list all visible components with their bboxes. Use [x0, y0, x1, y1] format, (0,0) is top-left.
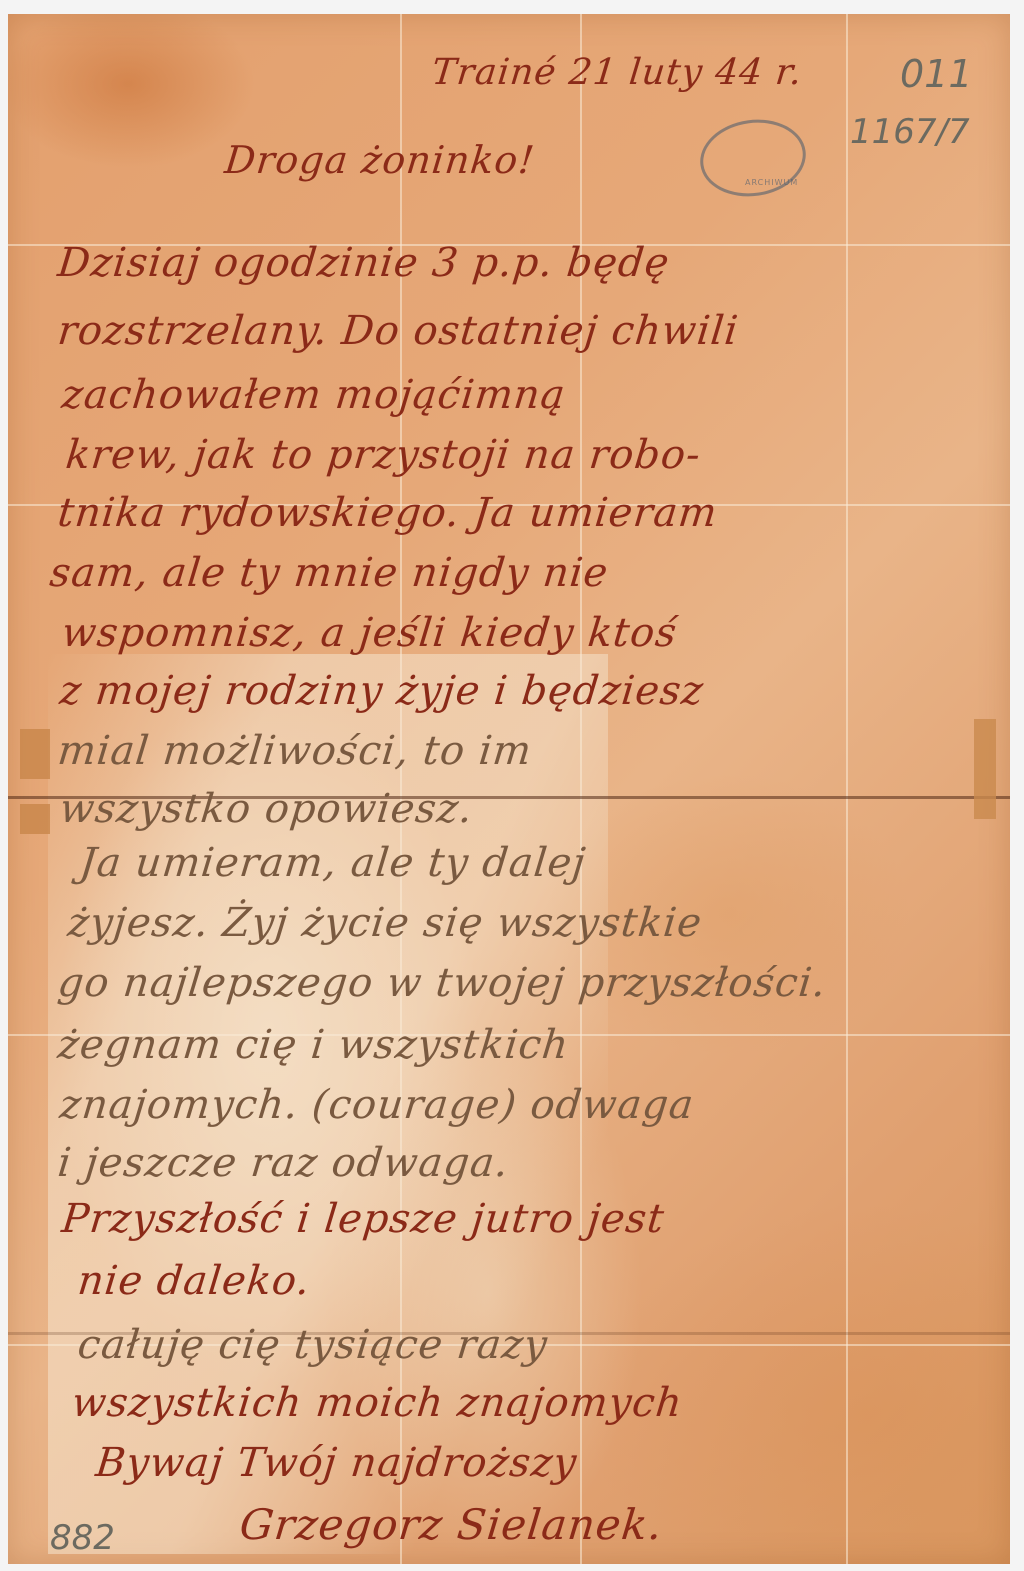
place-date: Trainé 21 luty 44 r. [430, 52, 805, 93]
body-line: tnika rydowskiego. Ja umieram [56, 490, 720, 536]
tape-strip [20, 804, 50, 834]
body-line: nie daleko. [76, 1258, 313, 1304]
body-line: rozstrzelany. Do ostatniej chwili [56, 308, 741, 354]
archive-stamp-text: ARCHIWUM [745, 178, 798, 187]
closing-line: Bywaj Twój najdroższy [94, 1440, 580, 1486]
body-line: wszystko opowiesz. [58, 786, 476, 832]
body-line: sam, ale ty mnie nigdy nie [48, 550, 611, 596]
tape-strip [20, 729, 50, 779]
tape-strip [974, 719, 996, 819]
body-line: i jeszcze raz odwaga. [56, 1140, 512, 1186]
body-line: żegnam cię i wszystkich [56, 1022, 572, 1068]
body-line: wszystkich moich znajomych [70, 1380, 685, 1426]
body-line: Dzisiaj ogodzinie 3 p.p. będę [56, 240, 672, 286]
archive-mark-fraction: 1167/7 [850, 112, 970, 152]
body-line: Ja umieram, ale ty dalej [78, 840, 589, 886]
archive-mark-top: 011 [900, 52, 973, 96]
body-line: Przyszłość i lepsze jutro jest [60, 1196, 667, 1242]
body-line: całuję cię tysiące razy [76, 1322, 550, 1368]
body-line: z mojej rodziny żyje i będziesz [58, 668, 707, 714]
signature: Grzegorz Sielanek. [237, 1500, 665, 1549]
body-line: wspomnisz, a jeśli kiedy ktoś [60, 610, 680, 656]
salutation: Droga żoninko! [223, 138, 537, 182]
body-line: krew, jak to przystoji na robo- [64, 432, 704, 478]
body-line: go najlepszego w twojej przyszłości. [56, 960, 829, 1006]
archive-number: 882 [50, 1518, 115, 1558]
body-line: znajomych. (courage) odwaga [58, 1082, 697, 1128]
body-line: zachowałem mojąćimną [60, 372, 568, 418]
body-line: żyjesz. Żyj życie się wszystkie [66, 900, 705, 946]
body-line: mial możliwości, to im [56, 728, 535, 774]
